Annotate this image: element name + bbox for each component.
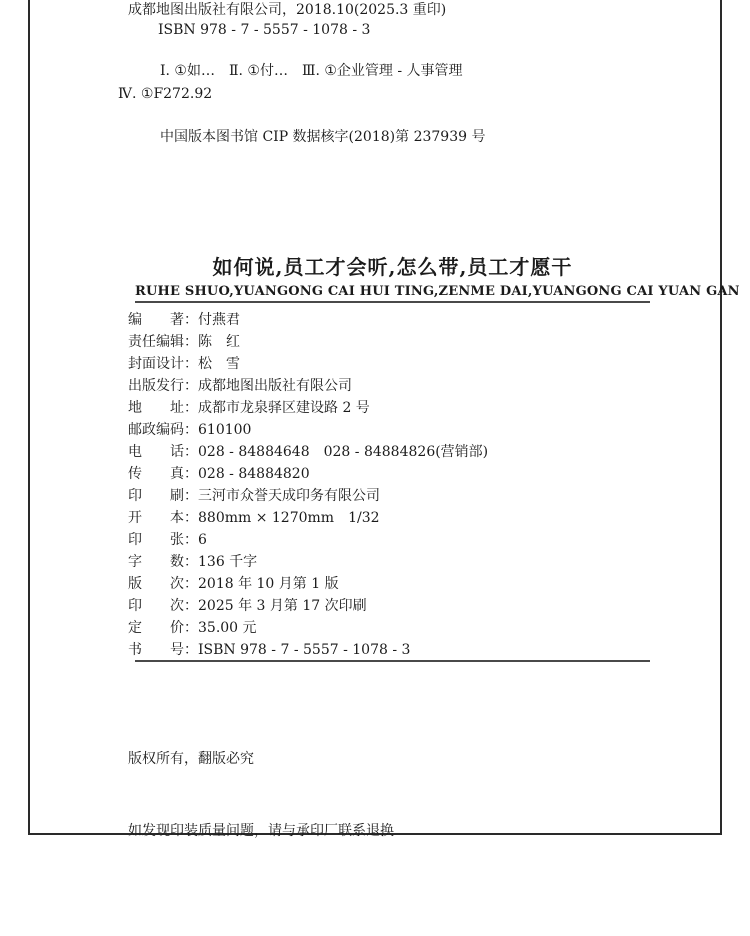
cip-classification-line-1: Ⅰ. ①如… Ⅱ. ①付… Ⅲ. ①企业管理 - 人事管理 [160,63,463,80]
cip-classification-line-2: Ⅳ. ①F272.92 [118,86,212,103]
colophon-label: 版 次： [128,573,198,595]
colophon-value: ISBN 978 - 7 - 5557 - 1078 - 3 [198,642,410,658]
colophon-row-price: 定 价：35.00 元 [128,617,488,639]
book-title: 如何说,员工才会听,怎么带,员工才愿干 [135,254,650,280]
colophon-value: 136 千字 [198,554,257,570]
colophon-row-editor: 责任编辑：陈 红 [128,331,488,353]
colophon-row-printing: 印 次：2025 年 3 月第 17 次印刷 [128,595,488,617]
copyright-page: { "page": { "background": "#ffffff", "te… [0,0,750,936]
colophon-row-edition: 版 次：2018 年 10 月第 1 版 [128,573,488,595]
colophon-value: 2025 年 3 月第 17 次印刷 [198,598,367,614]
colophon-label: 印 张： [128,529,198,551]
colophon-label: 邮政编码： [128,419,198,441]
colophon-row-author: 编 著：付燕君 [128,309,488,331]
colophon-value: 成都地图出版社有限公司 [198,378,352,394]
colophon-row-printer: 印 刷：三河市众誉天成印务有限公司 [128,485,488,507]
colophon-value: 成都市龙泉驿区建设路 2 号 [198,400,370,416]
colophon-row-isbn: 书 号：ISBN 978 - 7 - 5557 - 1078 - 3 [128,639,488,661]
cip-isbn-line: ISBN 978 - 7 - 5557 - 1078 - 3 [158,22,370,39]
colophon-row-sheets: 印 张：6 [128,529,488,551]
colophon-label: 开 本： [128,507,198,529]
colophon-value: 35.00 元 [198,620,257,636]
colophon-value: 2018 年 10 月第 1 版 [198,576,339,592]
colophon-label: 编 著： [128,309,198,331]
notices-block: 版权所有，翻版必究 如发现印装质量问题，请与承印厂联系退换 [128,699,394,867]
colophon-row-publisher: 出版发行：成都地图出版社有限公司 [128,375,488,397]
colophon-divider-rule [135,660,650,662]
book-title-pinyin: RUHE SHUO,YUANGONG CAI HUI TING,ZENME DA… [135,284,650,299]
colophon-label: 责任编辑： [128,331,198,353]
colophon-row-postcode: 邮政编码：610100 [128,419,488,441]
cip-publisher-line: 成都地图出版社有限公司，2018.10(2025.3 重印) [128,2,446,19]
colophon-row-format: 开 本：880mm × 1270mm 1/32 [128,507,488,529]
colophon-label: 传 真： [128,463,198,485]
colophon-label: 字 数： [128,551,198,573]
colophon-label: 地 址： [128,397,198,419]
colophon-list: 编 著：付燕君 责任编辑：陈 红 封面设计：松 雪 出版发行：成都地图出版社有限… [128,309,488,661]
colophon-row-word-count: 字 数：136 千字 [128,551,488,573]
colophon-label: 印 刷： [128,485,198,507]
title-divider-rule [135,301,650,303]
colophon-row-phone: 电 话：028 - 84884648 028 - 84884826(营销部) [128,441,488,463]
colophon-value: 028 - 84884648 028 - 84884826(营销部) [198,444,488,460]
colophon-row-fax: 传 真：028 - 84884820 [128,463,488,485]
colophon-value: 陈 红 [198,334,240,350]
colophon-value: 松 雪 [198,356,240,372]
colophon-value: 三河市众誉天成印务有限公司 [198,488,380,504]
colophon-value: 028 - 84884820 [198,466,310,482]
colophon-row-address: 地 址：成都市龙泉驿区建设路 2 号 [128,397,488,419]
copyright-notice: 版权所有，翻版必究 [128,747,394,771]
colophon-value: 880mm × 1270mm 1/32 [198,510,380,526]
colophon-value: 610100 [198,422,251,438]
colophon-label: 电 话： [128,441,198,463]
colophon-label: 封面设计： [128,353,198,375]
colophon-row-cover-design: 封面设计：松 雪 [128,353,488,375]
colophon-label: 定 价： [128,617,198,639]
title-block: 如何说,员工才会听,怎么带,员工才愿干 RUHE SHUO,YUANGONG C… [135,254,650,299]
colophon-label: 出版发行： [128,375,198,397]
cip-record-line: 中国版本图书馆 CIP 数据核字(2018)第 237939 号 [160,129,485,146]
colophon-label: 书 号： [128,639,198,661]
quality-notice: 如发现印装质量问题，请与承印厂联系退换 [128,819,394,843]
colophon-value: 6 [198,532,207,548]
colophon-label: 印 次： [128,595,198,617]
colophon-value: 付燕君 [198,312,240,328]
